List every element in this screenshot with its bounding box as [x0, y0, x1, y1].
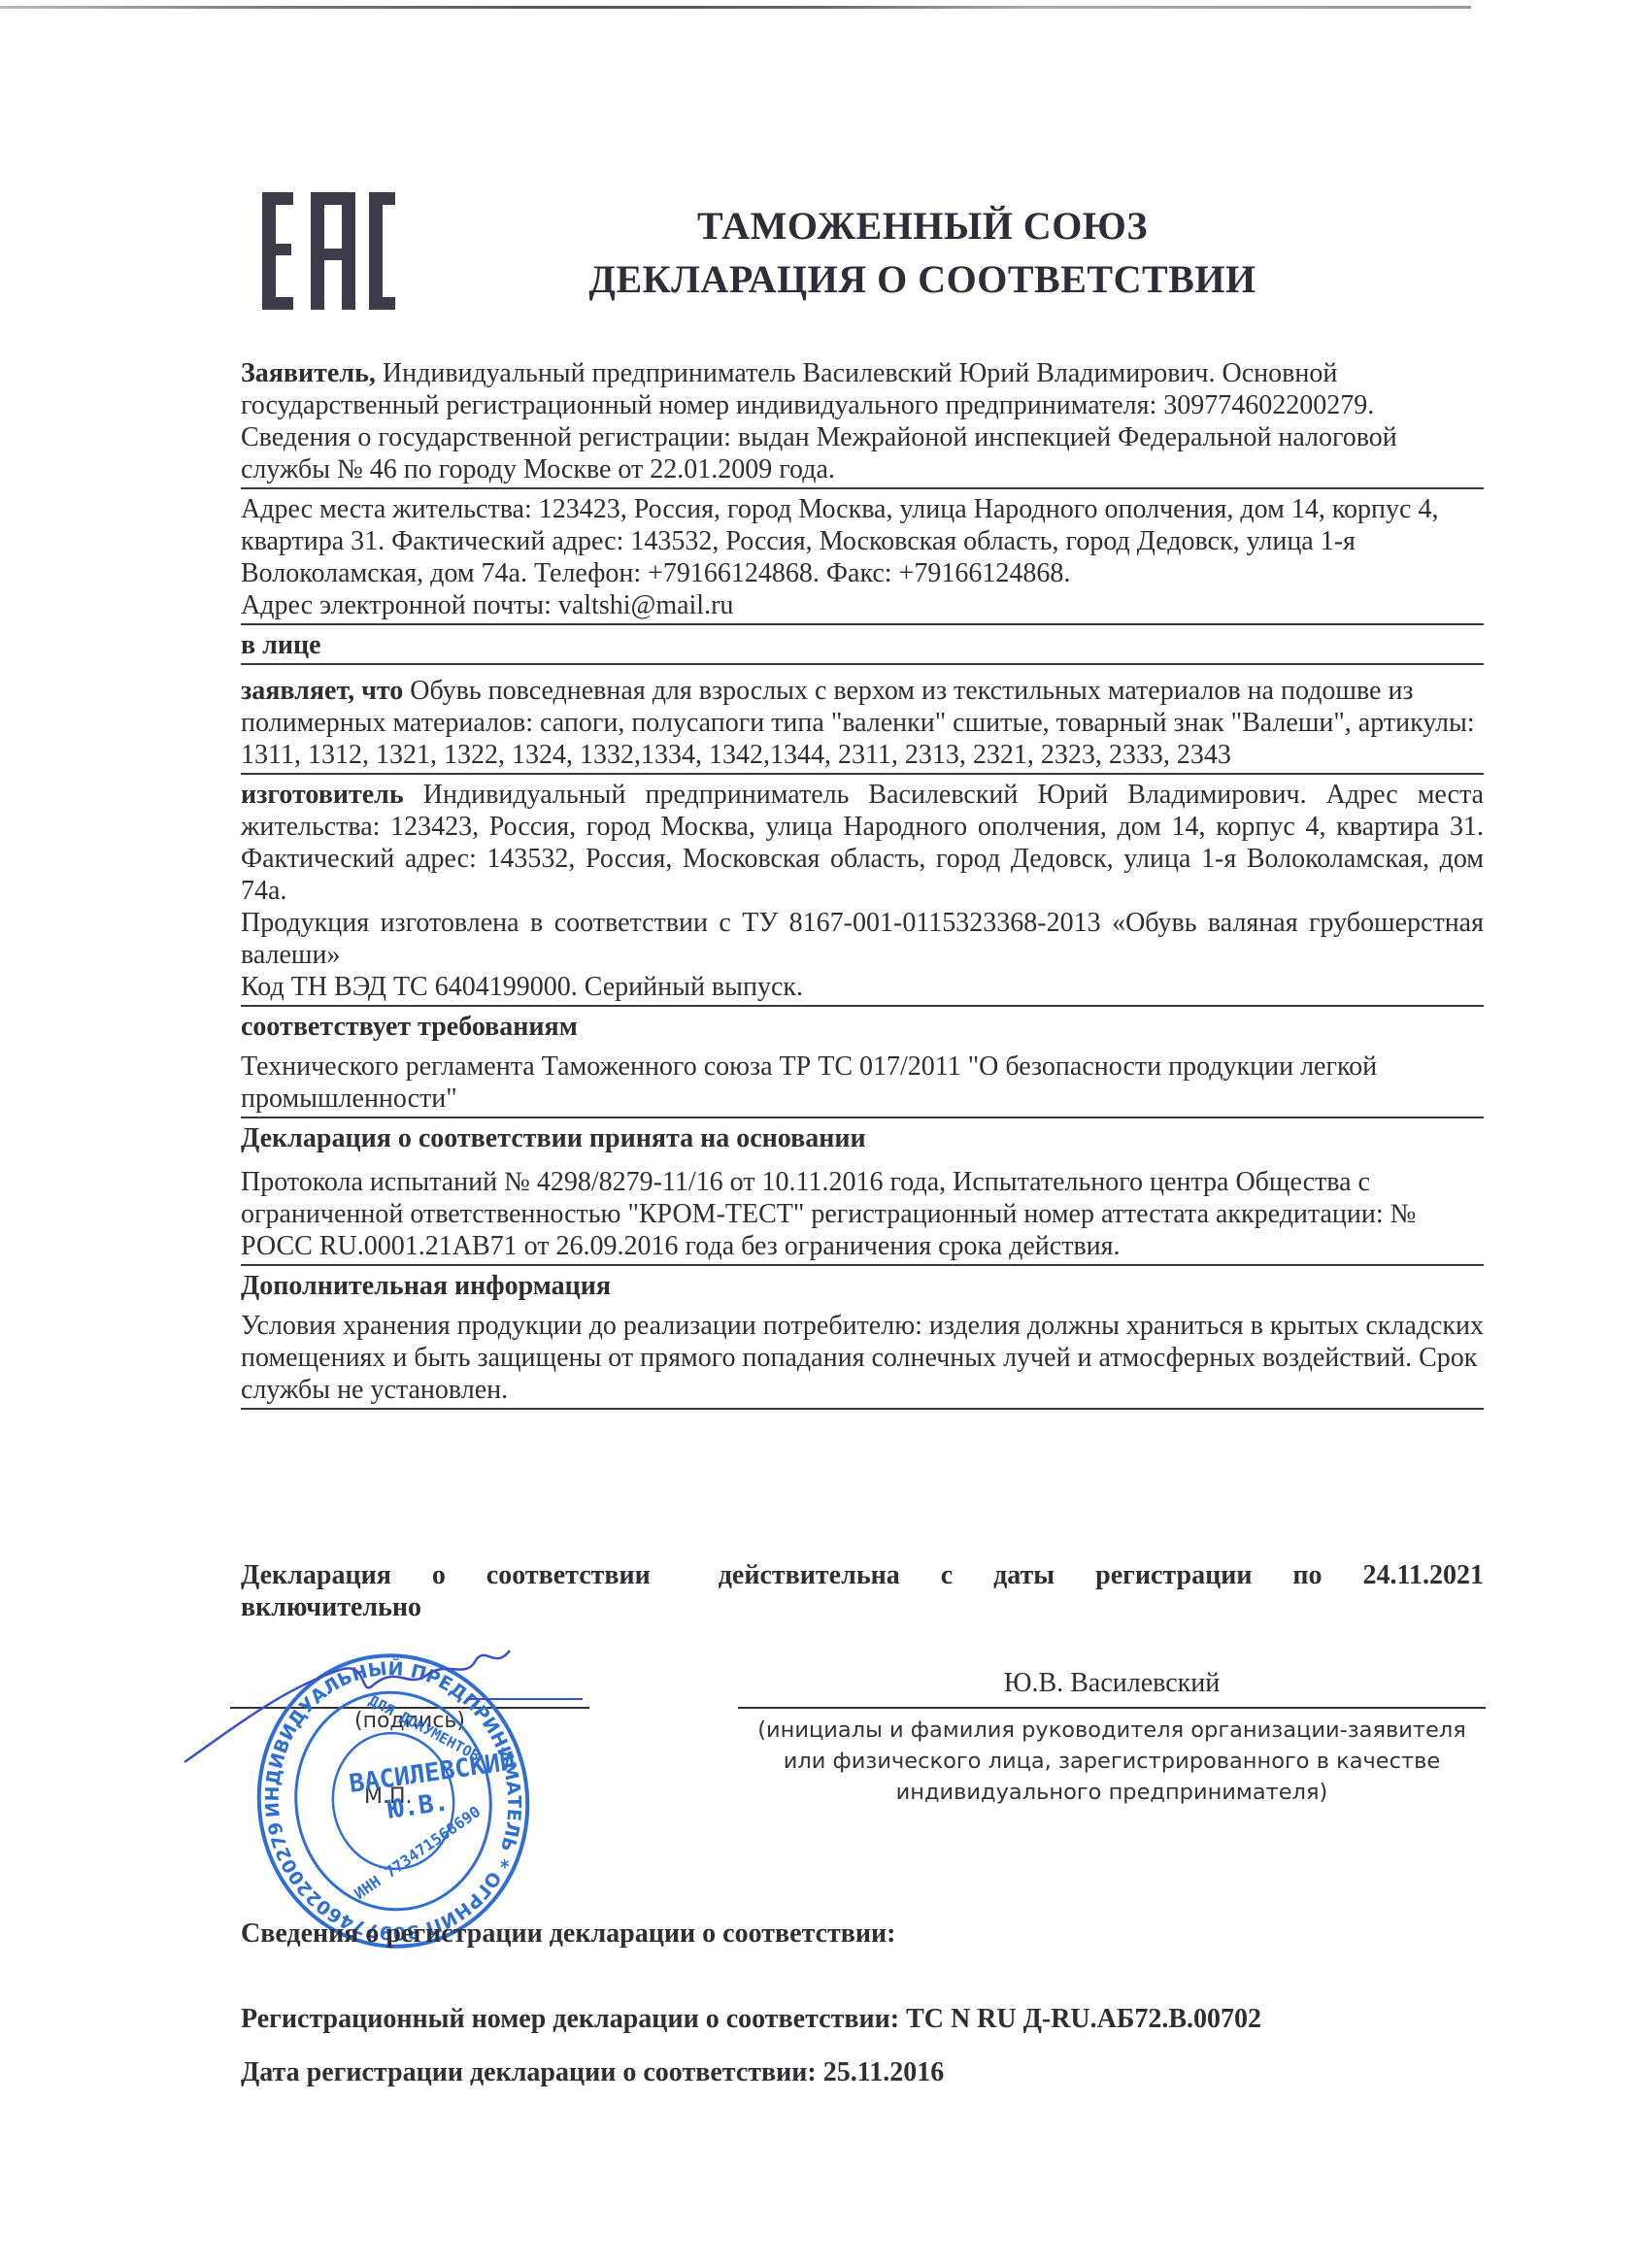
- registration-date-row: Дата регистрации декларации о соответств…: [241, 2057, 944, 2088]
- validity-word: с: [941, 1559, 953, 1591]
- additional-section: Дополнительная информация Условия хранен…: [241, 1270, 1484, 1410]
- basis-text: Протокола испытаний № 4298/8279-11/16 от…: [241, 1166, 1484, 1262]
- registration-number: ТС N RU Д-RU.АБ72.В.00702: [906, 2004, 1261, 2034]
- applicant-text: Индивидуальный предприниматель Василевск…: [241, 358, 1397, 484]
- registration-heading: Сведения о регистрации декларации о соот…: [241, 1918, 896, 1950]
- applicant-label: Заявитель,: [241, 358, 376, 388]
- eac-logo-icon: [260, 190, 396, 312]
- declaration-body: Заявитель, Индивидуальный предпринимател…: [241, 357, 1484, 1414]
- validity-word: о: [432, 1559, 446, 1591]
- additional-text: Условия хранения продукции до реализации…: [241, 1310, 1484, 1406]
- validity-word: регистрации: [1095, 1559, 1252, 1591]
- applicant-email: Адрес электронной почты: valtshi@mail.ru: [241, 589, 1484, 621]
- svg-text:ИНДИВИДУАЛЬНЫЙ ПРЕДПРИНИМАТЕЛЬ: ИНДИВИДУАЛЬНЫЙ ПРЕДПРИНИМАТЕЛЬ * ОГРНИП …: [175, 1631, 543, 1951]
- signer-name-line: [738, 1707, 1486, 1709]
- manufacturer-text: Индивидуальный предприниматель Василевск…: [241, 780, 1484, 906]
- title-customs-union: ТАМОЖЕННЫЙ СОЮЗ: [544, 199, 1301, 252]
- represented-by-section: в лице: [241, 629, 1484, 665]
- document-title: ТАМОЖЕННЫЙ СОЮЗ ДЕКЛАРАЦИЯ О СООТВЕТСТВИ…: [544, 199, 1301, 306]
- production-standard: Продукция изготовлена в соответствии с Т…: [241, 907, 1484, 971]
- validity-inclusive: включительно: [241, 1591, 1484, 1623]
- title-declaration: ДЕКЛАРАЦИЯ О СООТВЕТСТВИИ: [544, 252, 1301, 306]
- validity-word: действительна: [719, 1559, 900, 1591]
- additional-label: Дополнительная информация: [241, 1270, 1484, 1302]
- manufacturer-label: изготовитель: [241, 780, 404, 810]
- signature-caption: (подпись): [354, 1709, 465, 1733]
- validity-word: по: [1292, 1559, 1322, 1591]
- applicant-section: Заявитель, Индивидуальный предпринимател…: [241, 357, 1484, 489]
- validity-word: соответствии: [486, 1559, 651, 1591]
- applicant-address-section: Адрес места жительства: 123423, Россия, …: [241, 493, 1484, 625]
- seal-mark: М.П.: [364, 1784, 413, 1809]
- registration-number-row: Регистрационный номер декларации о соотв…: [241, 2004, 1261, 2035]
- declares-text: Обувь повседневная для взрослых с верхом…: [241, 676, 1475, 770]
- basis-text-section: Протокола испытаний № 4298/8279-11/16 от…: [241, 1154, 1484, 1266]
- complies-section: соответствует требованиям Технического р…: [241, 1011, 1484, 1118]
- complies-text: Технического регламента Таможенного союз…: [241, 1051, 1484, 1115]
- registration-number-label: Регистрационный номер декларации о соотв…: [241, 2004, 906, 2034]
- basis-section: Декларация о соответствии принята на осн…: [241, 1122, 1484, 1154]
- declares-section: заявляет, что Обувь повседневная для взр…: [241, 669, 1484, 775]
- validity-word: даты: [993, 1559, 1055, 1591]
- validity-word: Декларация: [241, 1559, 391, 1591]
- validity-end-date: 24.11.2021: [1363, 1559, 1484, 1591]
- signer-name: Ю.В. Василевский: [738, 1668, 1486, 1699]
- validity-statement: Декларация о соответствии действительна …: [241, 1559, 1484, 1623]
- manufacturer-section: изготовитель Индивидуальный предпринимат…: [241, 779, 1484, 1007]
- svg-text:ИНН 773471568690: ИНН 773471568690: [351, 1802, 484, 1903]
- product-code: Код ТН ВЭД ТС 6404199000. Серийный выпус…: [241, 971, 1484, 1003]
- signer-name-caption: (инициалы и фамилия руководителя организ…: [738, 1715, 1486, 1808]
- basis-label: Декларация о соответствии принята на осн…: [241, 1122, 1484, 1154]
- represented-by-label: в лице: [241, 629, 1484, 661]
- applicant-address: Адрес места жительства: 123423, Россия, …: [241, 493, 1484, 589]
- declares-label: заявляет, что: [241, 676, 403, 706]
- complies-label: соответствует требованиям: [241, 1011, 1484, 1043]
- registration-date: 25.11.2016: [823, 2057, 944, 2087]
- registration-date-label: Дата регистрации декларации о соответств…: [241, 2057, 823, 2087]
- page-edge-line: [0, 6, 1471, 9]
